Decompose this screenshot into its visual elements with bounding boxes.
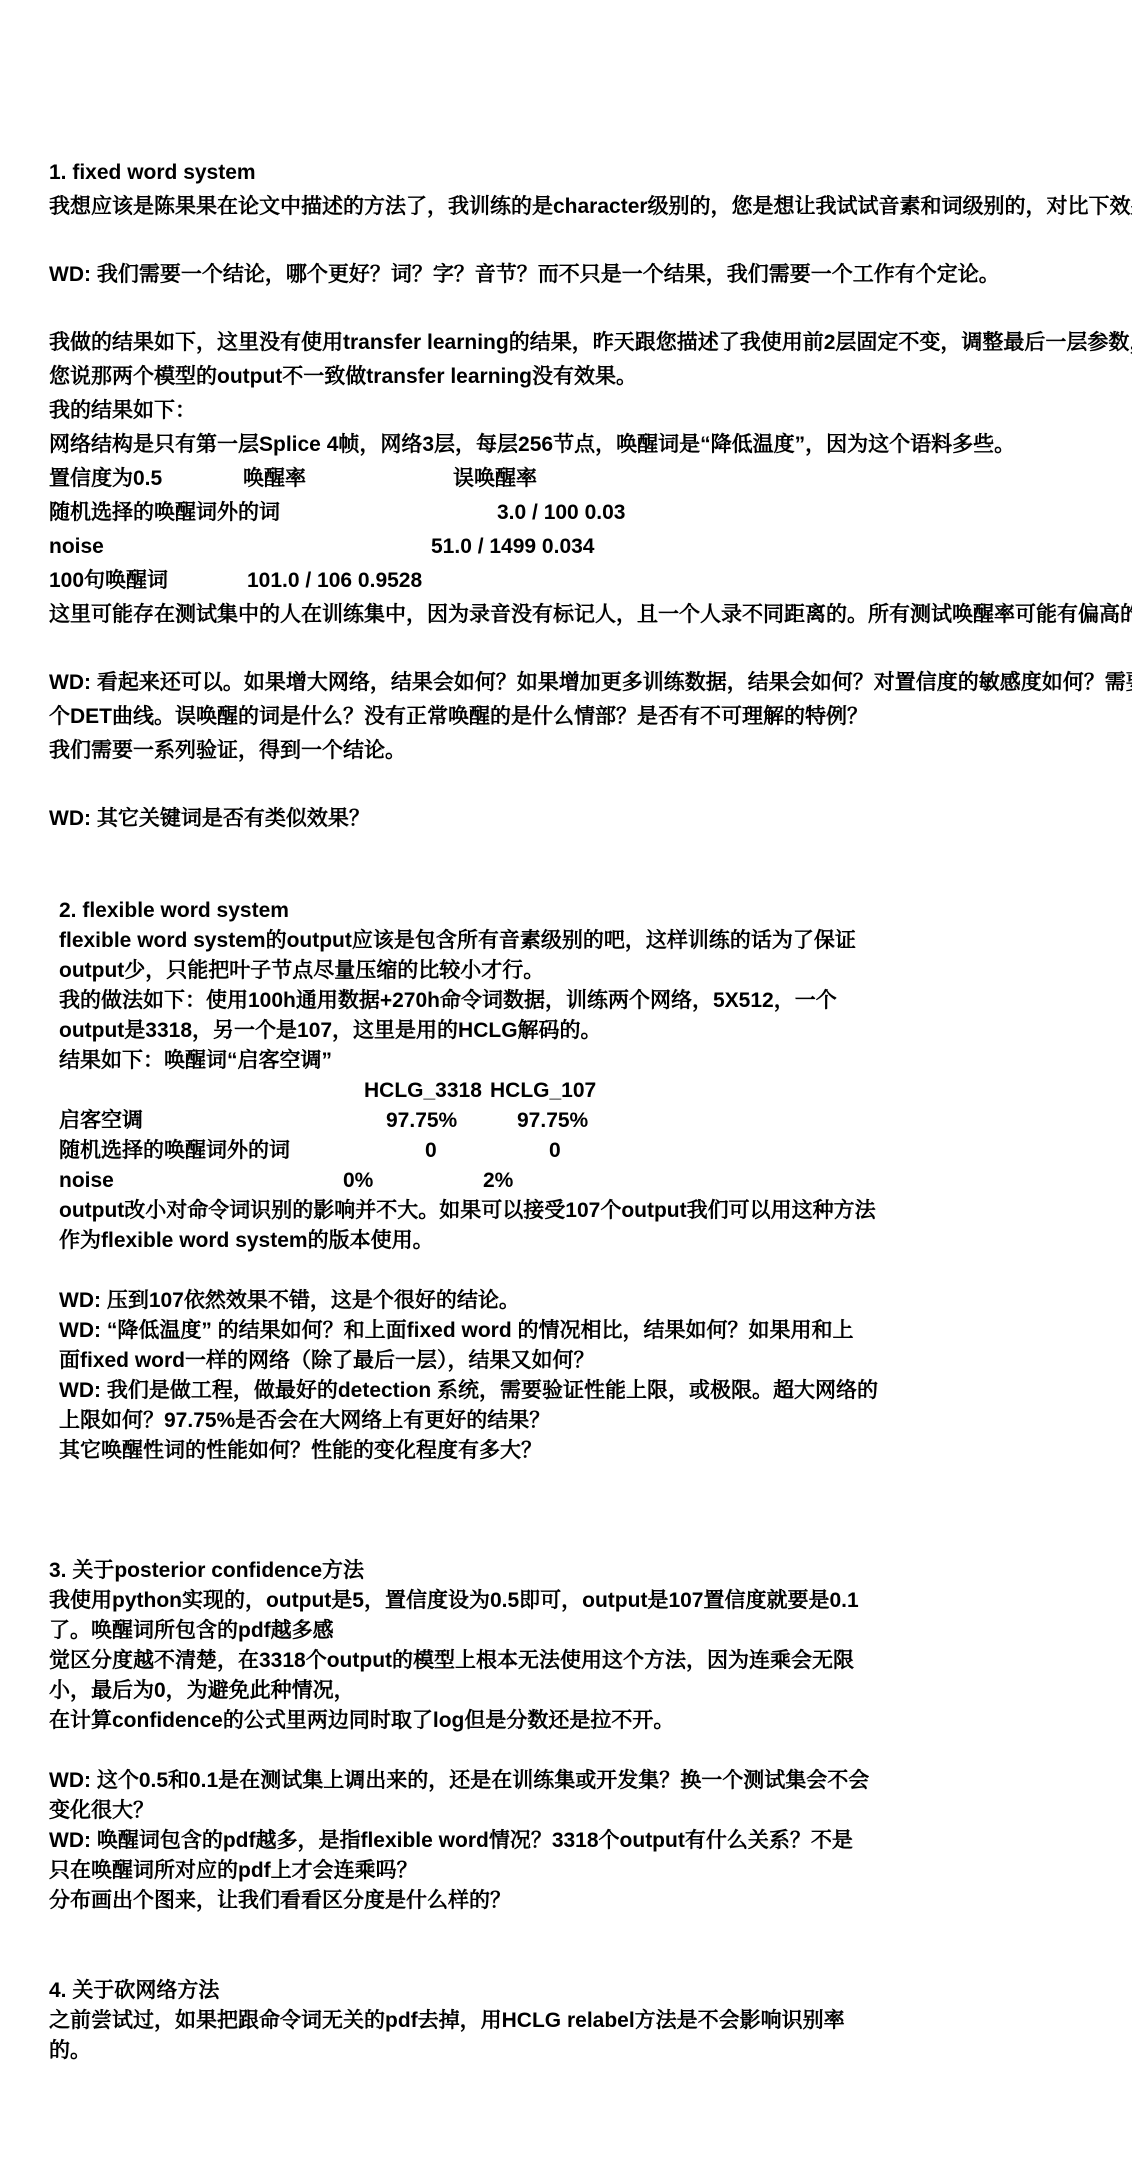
wd-comment-line: WD: 唤醒词包含的pdf越多，是指flexible word情况？3318个o… <box>49 1826 1102 1856</box>
wd-comment-line: WD: 我们需要一个结论，哪个更好？词？字？音节？而不只是一个结果，我们需要一个… <box>49 258 1102 292</box>
table-cell-value: 0 <box>549 1136 561 1166</box>
table-cell-label: 启客空调 <box>59 1109 143 1132</box>
table-header-row: HCLG_3318 HCLG_107 <box>59 1076 1102 1106</box>
paragraph-line: 之前尝试过，如果把跟命令词无关的pdf去掉，用HCLG relabel方法是不会… <box>49 2006 1102 2036</box>
wd-comment-line: WD: 这个0.5和0.1是在测试集上调出来的，还是在训练集或开发集？换一个测试… <box>49 1766 1102 1796</box>
table-header-cell: HCLG_3318 <box>364 1076 482 1106</box>
wd-comment-line: WD: 压到107依然效果不错，这是个很好的结论。 <box>59 1286 1102 1316</box>
paragraph-line: 结果如下：唤醒词“启客空调” <box>59 1046 1102 1076</box>
wd-comment-line: 其它唤醒性词的性能如何？性能的变化程度有多大？ <box>59 1436 1102 1466</box>
paragraph-line: 我使用python实现的，output是5，置信度设为0.5即可，output是… <box>49 1586 1102 1616</box>
table-cell-value: 97.75% <box>517 1106 588 1136</box>
section-heading: 1. fixed word system <box>49 156 1102 190</box>
table-cell-value: 2% <box>483 1166 513 1196</box>
wd-comment-line: 个DET曲线。误唤醒的词是什么？没有正常唤醒的是什么情部？是否有不可理解的特例？ <box>49 700 1102 734</box>
wd-comment-line: 分布画出个图来，让我们看看区分度是什么样的？ <box>49 1886 1102 1916</box>
table-row: 随机选择的唤醒词外的词 3.0 / 100 0.03 <box>49 496 1102 530</box>
table-cell-value: 101.0 / 106 0.9528 <box>247 564 422 598</box>
table-row: noise 0% 2% <box>59 1166 1102 1196</box>
table-cell-label: noise <box>49 535 104 558</box>
paragraph-line: 了。唤醒词所包含的pdf越多感 <box>49 1616 1102 1646</box>
table-cell-value: 0 <box>425 1136 437 1166</box>
paragraph-line: output改小对命令词识别的影响并不大。如果可以接受107个output我们可… <box>59 1196 1102 1226</box>
table-header-cell: 唤醒率 <box>243 462 306 496</box>
paragraph-line: 我想应该是陈果果在论文中描述的方法了，我训练的是character级别的，您是想… <box>49 190 1102 224</box>
wd-comment-line: 我们需要一系列验证，得到一个结论。 <box>49 734 1102 768</box>
table-header-row: 置信度为0.5 唤醒率 误唤醒率 <box>49 462 1102 496</box>
document-body: 1. fixed word system 我想应该是陈果果在论文中描述的方法了，… <box>0 0 1132 2066</box>
paragraph-line: output是3318，另一个是107，这里是用的HCLG解码的。 <box>59 1016 1102 1046</box>
table-header-cell: 置信度为0.5 <box>49 467 162 490</box>
table-row: noise 51.0 / 1499 0.034 <box>49 530 1102 564</box>
paragraph-line: 觉区分度越不清楚，在3318个output的模型上根本无法使用这个方法，因为连乘… <box>49 1646 1102 1676</box>
paragraph-line: 我的结果如下： <box>49 394 1102 428</box>
wd-comment-line: WD: 看起来还可以。如果增大网络，结果会如何？如果增加更多训练数据，结果会如何… <box>49 666 1102 700</box>
wd-comment-line: 面fixed word一样的网络（除了最后一层），结果又如何？ <box>59 1346 1102 1376</box>
paragraph-line: 我的做法如下：使用100h通用数据+270h命令词数据，训练两个网络，5X512… <box>59 986 1102 1016</box>
section-heading: 3. 关于posterior confidence方法 <box>49 1556 1102 1586</box>
table-row: 100句唤醒词 101.0 / 106 0.9528 <box>49 564 1102 598</box>
paragraph-line: 您说那两个模型的output不一致做transfer learning没有效果。 <box>49 360 1102 394</box>
document-page: { "doc": { "s1": { "heading": "1. fixed … <box>0 0 1132 2168</box>
paragraph-line: flexible word system的output应该是包含所有音素级别的吧… <box>59 926 1102 956</box>
table-cell-label: noise <box>59 1169 114 1192</box>
table-cell-value: 0% <box>343 1166 373 1196</box>
table-cell-label: 随机选择的唤醒词外的词 <box>49 501 280 524</box>
paragraph-line: 在计算confidence的公式里两边同时取了log但是分数还是拉不开。 <box>49 1706 1102 1736</box>
spacer <box>49 292 1102 326</box>
spacer <box>49 768 1102 802</box>
paragraph-line: 网络结构是只有第一层Splice 4帧，网络3层，每层256节点，唤醒词是“降低… <box>49 428 1102 462</box>
wd-comment-line: 上限如何？97.75%是否会在大网络上有更好的结果？ <box>59 1406 1102 1436</box>
table-cell-label: 100句唤醒词 <box>49 569 168 592</box>
wd-comment-line: WD: 我们是做工程，做最好的detection 系统，需要验证性能上限，或极限… <box>59 1376 1102 1406</box>
paragraph-line: output少，只能把叶子节点尽量压缩的比较小才行。 <box>59 956 1102 986</box>
wd-comment-line: WD: “降低温度” 的结果如何？和上面fixed word 的情况相比，结果如… <box>59 1316 1102 1346</box>
paragraph-line: 我做的结果如下，这里没有使用transfer learning的结果，昨天跟您描… <box>49 326 1102 360</box>
wd-comment-line: WD: 其它关键词是否有类似效果？ <box>49 802 1102 836</box>
spacer <box>49 224 1102 258</box>
table-header-cell: HCLG_107 <box>490 1076 596 1106</box>
table-cell-value: 97.75% <box>386 1106 457 1136</box>
paragraph-line: 作为flexible word system的版本使用。 <box>59 1226 1102 1256</box>
spacer <box>49 632 1102 666</box>
section-heading: 2. flexible word system <box>59 896 1102 926</box>
table-row: 启客空调 97.75% 97.75% <box>59 1106 1102 1136</box>
section-flexible-word-system: 2. flexible word system flexible word sy… <box>49 896 1102 1466</box>
table-row: 随机选择的唤醒词外的词 0 0 <box>59 1136 1102 1166</box>
table-header-cell: 误唤醒率 <box>453 462 537 496</box>
table-cell-value: 51.0 / 1499 0.034 <box>431 530 594 564</box>
wd-comment-line: 只在唤醒词所对应的pdf上才会连乘吗？ <box>49 1856 1102 1886</box>
table-cell-label: 随机选择的唤醒词外的词 <box>59 1139 290 1162</box>
spacer <box>59 1256 1102 1286</box>
paragraph-line: 小，最后为0，为避免此种情况， <box>49 1676 1102 1706</box>
wd-comment-line: 变化很大？ <box>49 1796 1102 1826</box>
section-cut-network-method: 4. 关于砍网络方法 之前尝试过，如果把跟命令词无关的pdf去掉，用HCLG r… <box>49 1976 1102 2066</box>
spacer <box>49 1736 1102 1766</box>
section-fixed-word-system: 1. fixed word system 我想应该是陈果果在论文中描述的方法了，… <box>49 156 1102 836</box>
section-posterior-confidence: 3. 关于posterior confidence方法 我使用python实现的… <box>49 1556 1102 1916</box>
section-heading: 4. 关于砍网络方法 <box>49 1976 1102 2006</box>
paragraph-line: 这里可能存在测试集中的人在训练集中，因为录音没有标记人，且一个人录不同距离的。所… <box>49 598 1102 632</box>
table-cell-value: 3.0 / 100 0.03 <box>497 496 625 530</box>
paragraph-line: 的。 <box>49 2036 1102 2066</box>
